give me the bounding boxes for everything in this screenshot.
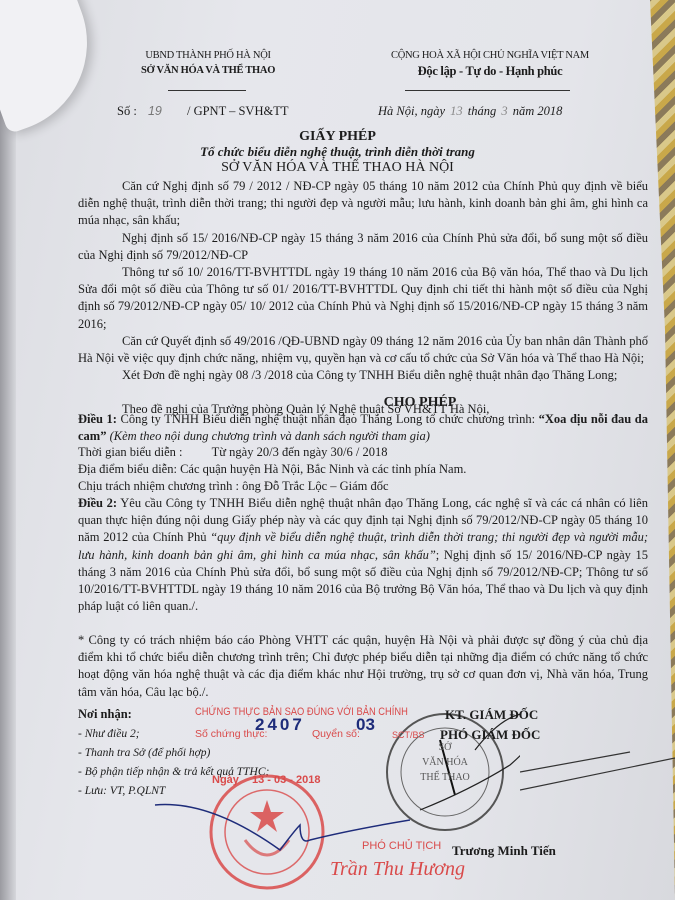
header-right-rule: [405, 90, 570, 91]
preamble-5: Xét Đơn đề nghị ngày 08 /3 /2018 của Côn…: [78, 367, 648, 384]
article-2-note: * Công ty có trách nhiệm báo cáo Phòng V…: [78, 632, 648, 701]
article-2: Điều 2: Yêu cầu Công ty TNHH Biểu diễn n…: [78, 495, 648, 615]
department-name: SỞ VĂN HÓA VÀ THỂ THAO: [118, 65, 298, 76]
recipient-item: - Thanh tra Sở (để phối hợp): [78, 746, 210, 761]
vice-chairman-title: PHÓ CHỦ TỊCH: [362, 840, 441, 852]
recipient-item: - Lưu: VT, P.QLNT: [78, 784, 165, 799]
document-subtitle: Tổ chức biểu diễn nghệ thuật, trình diễn…: [0, 144, 675, 159]
decision-heading: CHO PHÉP: [0, 395, 675, 410]
signer-title-1: KT. GIÁM ĐỐC: [445, 707, 538, 722]
nation-name: CỘNG HOÀ XÃ HỘI CHỦ NGHĨA VIỆT NAM: [370, 50, 610, 61]
header-left: UBND THÀNH PHỐ HÀ NỘI SỞ VĂN HÓA VÀ THỂ …: [118, 50, 298, 76]
preamble-2: Nghị định số 15/ 2016/NĐ-CP ngày 15 thán…: [78, 230, 648, 264]
national-motto: Độc lập - Tự do - Hạnh phúc: [370, 64, 610, 79]
certification-number: 2407: [255, 715, 305, 735]
seal-text: SỞ VĂN HÓA THỂ THAO: [405, 740, 485, 785]
book-suffix: SCT/BS: [392, 730, 425, 740]
handwritten-number: 19: [148, 104, 162, 118]
signer-name: Trương Minh Tiến: [452, 843, 556, 858]
permit-document: UBND THÀNH PHỐ HÀ NỘI SỞ VĂN HÓA VÀ THỂ …: [0, 0, 675, 900]
issue-date: Hà Nội, ngày 13 tháng 3 năm 2018: [378, 104, 562, 119]
responsible-person: Chịu trách nhiệm chương trình : ông Đỗ T…: [78, 479, 389, 494]
signature-stroke: [520, 750, 675, 810]
recipient-item: - Như điều 2;: [78, 727, 140, 742]
preamble-3: Thông tư số 10/ 2016/TT-BVHTTDL ngày 19 …: [78, 264, 648, 333]
header-right: CỘNG HOÀ XÃ HỘI CHỦ NGHĨA VIỆT NAM Độc l…: [370, 50, 610, 79]
header-left-rule: [168, 90, 246, 91]
article-1: Điều 1: Công ty TNHH Biểu diễn nghệ thuậ…: [78, 411, 648, 445]
preamble-1: Căn cứ Nghị định số 79 / 2012 / NĐ-CP ng…: [78, 178, 648, 230]
issuer-name: SỞ VĂN HÓA VÀ THỂ THAO HÀ NỘI: [0, 160, 675, 175]
document-title: GIẤY PHÉP: [0, 129, 675, 144]
performance-place: Địa điểm biểu diễn: Các quận huyện Hà Nộ…: [78, 462, 466, 477]
preamble-4: Căn cứ Quyết định số 49/2016 /QĐ-UBND ng…: [78, 333, 648, 367]
authority-name: UBND THÀNH PHỐ HÀ NỘI: [118, 50, 298, 61]
signer-title-2: PHÓ GIÁM ĐỐC: [440, 727, 540, 742]
document-number: Số : 19 / GPNT – SVH&TT: [117, 104, 288, 119]
book-number: 03: [356, 715, 375, 735]
performance-time: Thời gian biểu diễn : Từ ngày 20/3 đến n…: [78, 445, 388, 460]
vice-chairman-signature-name: Trần Thu Hương: [330, 858, 465, 881]
recipients-label: Nơi nhận:: [78, 707, 132, 722]
book-number-label: Quyển số:: [312, 728, 360, 740]
